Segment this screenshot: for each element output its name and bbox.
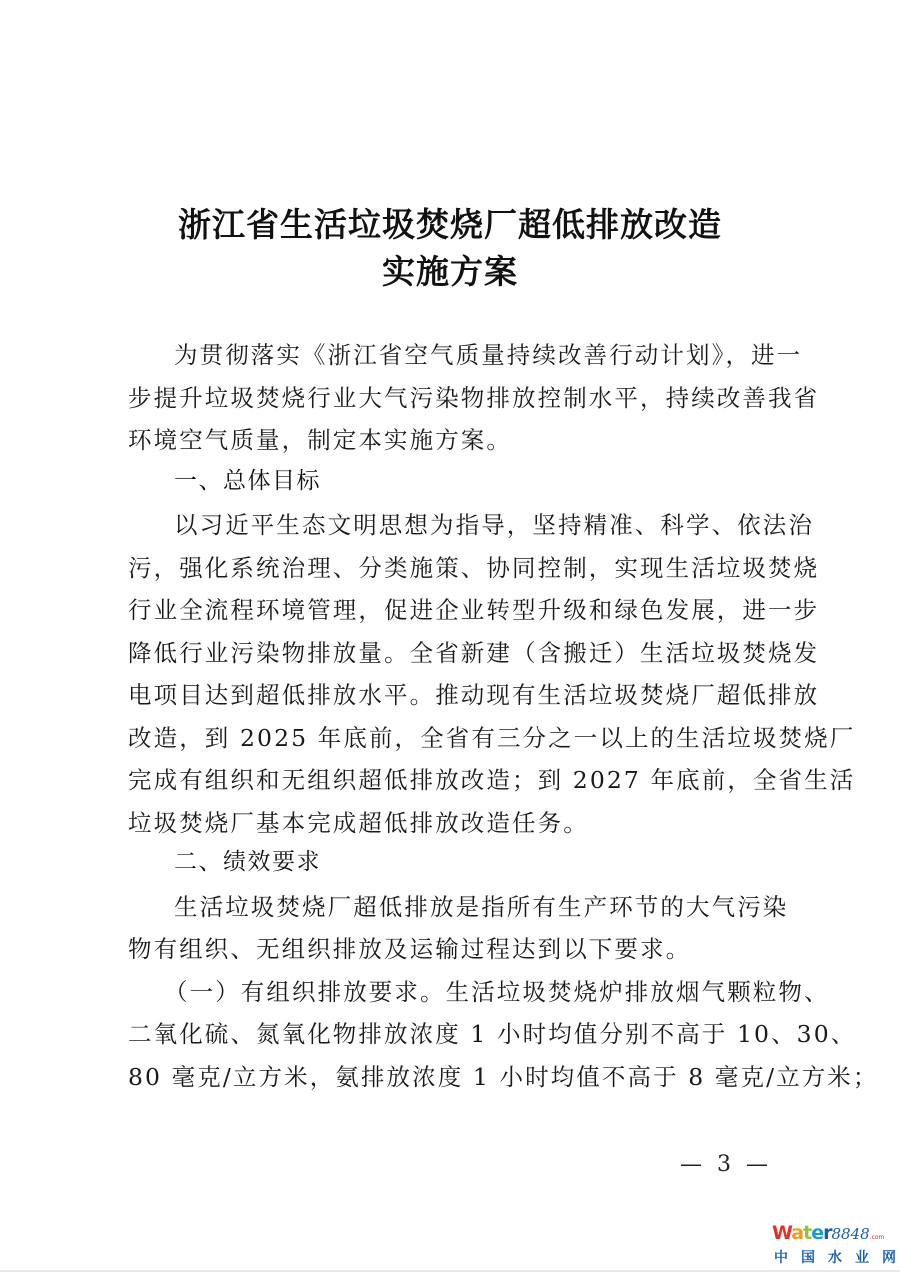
wm-letter: e	[811, 1222, 823, 1244]
paragraph-line: 步提升垃圾焚烧行业大气污染物排放控制水平，持续改善我省	[128, 383, 788, 413]
wm-number: 8848	[831, 1225, 869, 1243]
document-title-line2: 实施方案	[0, 246, 900, 293]
wm-domain: .com	[870, 1234, 885, 1241]
paragraph-line: 80 毫克/立方米，氨排放浓度 1 小时均值不高于 8 毫克/立方米；	[128, 1062, 788, 1092]
wm-char: 网	[882, 1247, 896, 1267]
wm-letter: t	[803, 1222, 811, 1244]
wm-char: 业	[855, 1247, 869, 1267]
paragraph-line: 垃圾焚烧厂基本完成超低排放改造任务。	[128, 808, 788, 838]
section-heading-overall-goals: 一、总体目标	[174, 466, 321, 496]
paragraph-line: 行业全流程环境管理，促进企业转型升级和绿色发展，进一步	[128, 595, 788, 625]
document-title-line1: 浙江省生活垃圾焚烧厂超低排放改造	[0, 199, 900, 246]
paragraph-line: 降低行业污染物排放量。全省新建（含搬迁）生活垃圾焚烧发	[128, 638, 788, 668]
paragraph-line: 污，强化系统治理、分类施策、协同控制，实现生活垃圾焚烧	[128, 553, 788, 583]
paragraph-line: 电项目达到超低排放水平。推动现有生活垃圾焚烧厂超低排放	[128, 680, 788, 710]
wm-letter: a	[791, 1222, 803, 1244]
wm-letter: W	[772, 1222, 791, 1244]
section-heading-performance-requirements: 二、绩效要求	[174, 847, 321, 877]
paragraph-line: 完成有组织和无组织超低排放改造；到 2027 年底前，全省生活	[128, 765, 788, 795]
paragraph-line: 改造，到 2025 年底前，全省有三分之一以上的生活垃圾焚烧厂	[128, 723, 788, 753]
paragraph-line: 物有组织、无组织排放及运输过程达到以下要求。	[128, 934, 788, 964]
paragraph-line: 以习近平生态文明思想为指导，坚持精准、科学、依法治	[174, 510, 788, 540]
wm-char: 水	[828, 1247, 842, 1267]
paragraph-line: 环境空气质量，制定本实施方案。	[128, 425, 788, 455]
wm-char: 中	[774, 1247, 788, 1267]
paragraph-line: 为贯彻落实《浙江省空气质量持续改善行动计划》，进一	[174, 340, 788, 370]
paragraph-line: （一）有组织排放要求。生活垃圾焚烧炉排放烟气颗粒物、	[164, 977, 788, 1007]
paragraph-line: 二氧化硫、氮氧化物排放浓度 1 小时均值分别不高于 10、30、	[128, 1019, 788, 1049]
document-page: 浙江省生活垃圾焚烧厂超低排放改造 实施方案 为贯彻落实《浙江省空气质量持续改善行…	[0, 0, 900, 1272]
page-number: — 3 —	[680, 1152, 772, 1177]
water8848-watermark-logo: Water8848.com 中 国 水 业 网	[772, 1222, 898, 1268]
paragraph-line: 生活垃圾焚烧厂超低排放是指所有生产环节的大气污染	[174, 892, 788, 922]
wm-char: 国	[801, 1247, 815, 1267]
